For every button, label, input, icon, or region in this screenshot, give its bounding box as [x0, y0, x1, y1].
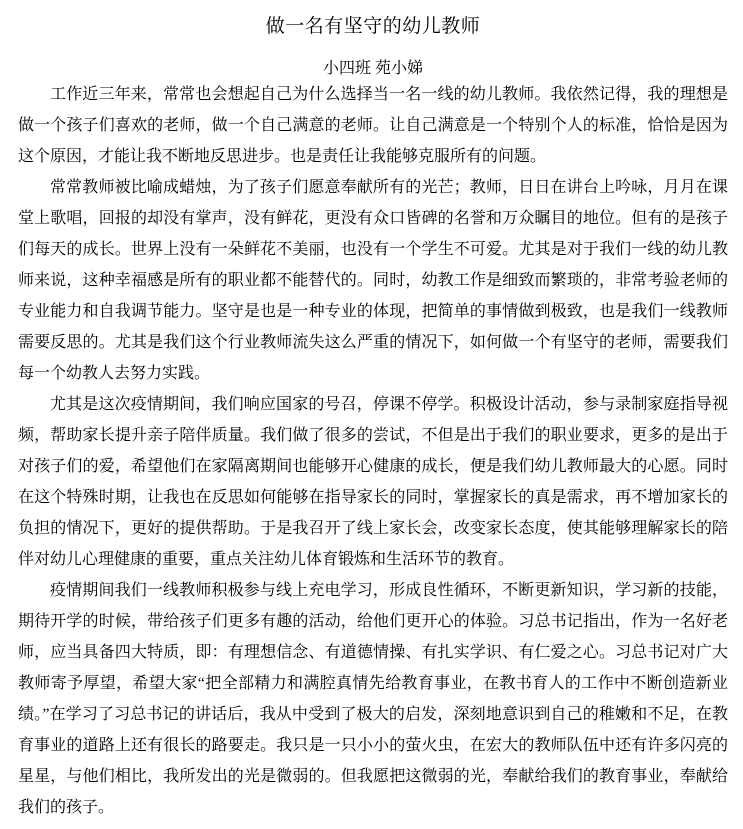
paragraph-teacher-metaphor: 常常教师被比喻成蜡烛，为了孩子们愿意奉献所有的光芒；教师，日日在讲台上吟咏，月月… [18, 172, 728, 389]
document-page: 做一名有坚守的幼儿教师 小四班 苑小娣 工作近三年来，常常也会想起自己为什么选择… [0, 0, 743, 829]
document-body: 工作近三年来，常常也会想起自己为什么选择当一名一线的幼儿教师。我依然记得，我的理… [18, 79, 728, 823]
document-title: 做一名有坚守的幼儿教师 [18, 0, 728, 40]
paragraph-learning-dedication: 疫情期间我们一线教师积极参与线上充电学习，形成良性循环，不断更新知识，学习新的技… [18, 575, 728, 823]
paragraph-intro: 工作近三年来，常常也会想起自己为什么选择当一名一线的幼儿教师。我依然记得，我的理… [18, 79, 728, 172]
document-byline: 小四班 苑小娣 [18, 59, 728, 79]
paragraph-pandemic-support: 尤其是这次疫情期间，我们响应国家的号召，停课不停学。积极设计活动，参与录制家庭指… [18, 389, 728, 575]
